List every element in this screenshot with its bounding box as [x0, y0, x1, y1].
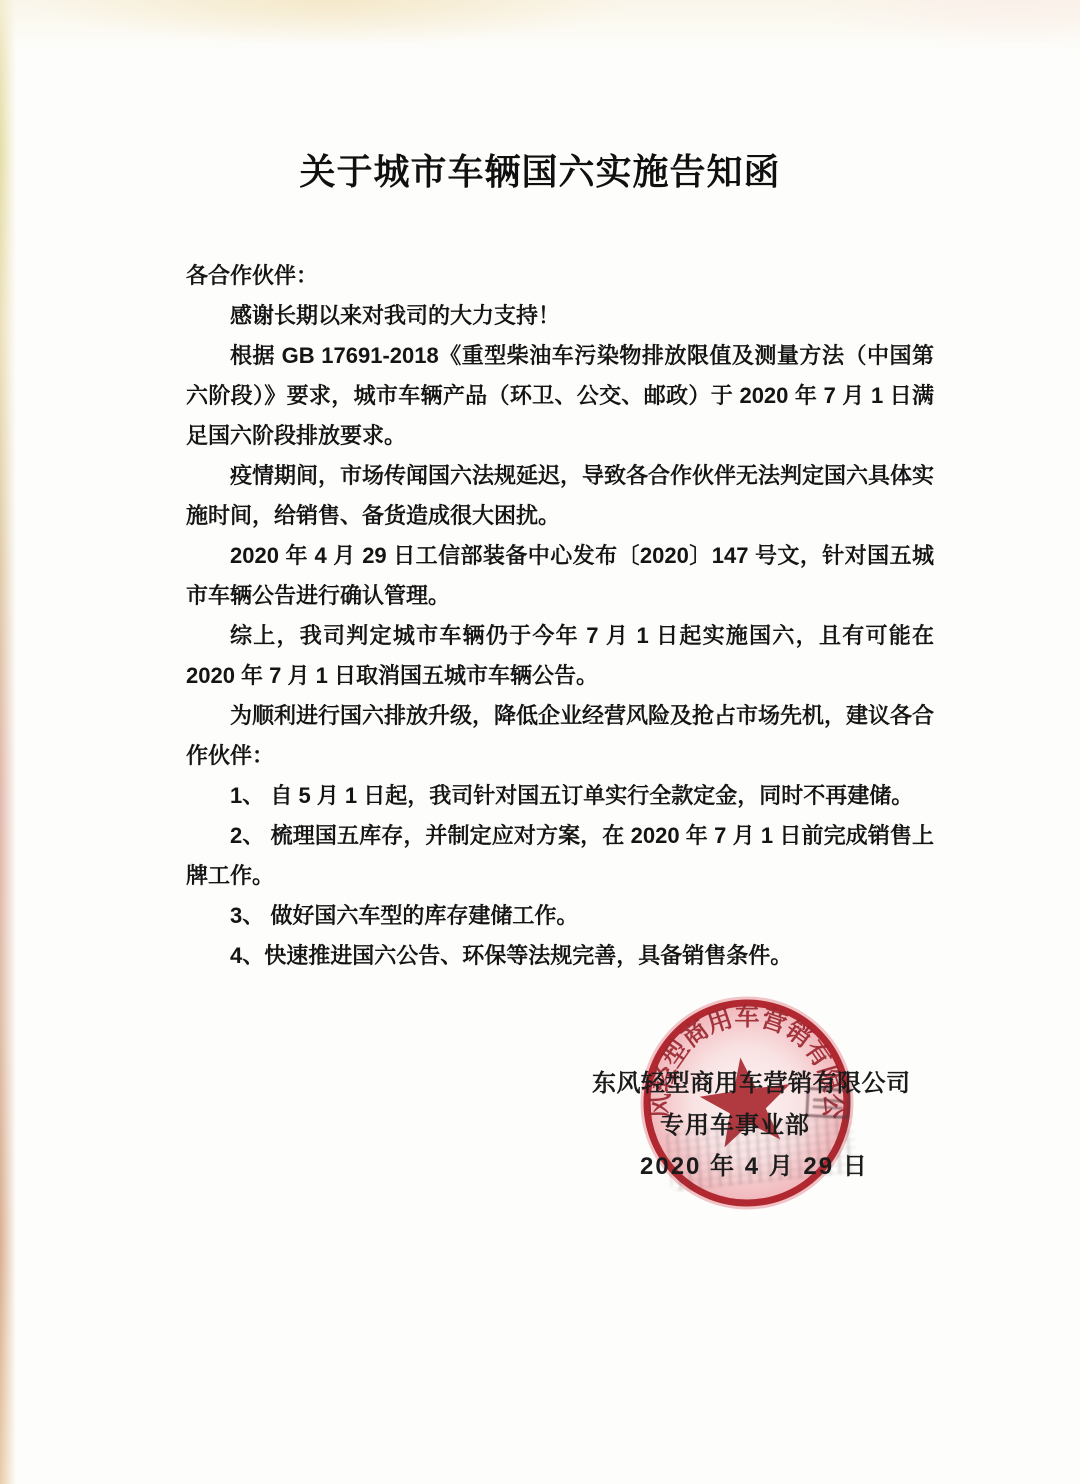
salutation: 各合作伙伴：	[186, 256, 934, 296]
paragraph-regulation: 根据 GB 17691-2018《重型柴油车污染物排放限值及测量方法（中国第六阶…	[186, 336, 934, 456]
document-body: 各合作伙伴： 感谢长期以来对我司的大力支持！ 根据 GB 17691-2018《…	[186, 256, 934, 976]
photo-left-edge-artifact	[0, 0, 16, 1484]
notice-document-page: 关于城市车辆国六实施告知函 各合作伙伴： 感谢长期以来对我司的大力支持！ 根据 …	[0, 0, 1080, 1484]
paragraph-epidemic: 疫情期间，市场传闻国六法规延迟，导致各合作伙伴无法判定国六具体实施时间，给销售、…	[186, 456, 934, 536]
signature-date: 2020 年 4 月 29 日	[640, 1146, 869, 1181]
paragraph-thanks: 感谢长期以来对我司的大力支持！	[186, 296, 934, 336]
paragraph-miit-notice: 2020 年 4 月 29 日工信部装备中心发布〔2020〕147 号文，针对国…	[186, 536, 934, 616]
list-item-2: 2、 梳理国五库存，并制定应对方案，在 2020 年 7 月 1 日前完成销售上…	[186, 816, 934, 896]
signature-company: 东风轻型商用车营销有限公司	[592, 1063, 911, 1098]
document-title: 关于城市车辆国六实施告知函	[0, 144, 1080, 195]
signature-department: 专用车事业部	[660, 1105, 810, 1140]
photo-top-edge-artifact	[0, 0, 1080, 52]
list-item-4: 4、快速推进国六公告、环保等法规完善，具备销售条件。	[186, 936, 934, 976]
paragraph-conclusion: 综上，我司判定城市车辆仍于今年 7 月 1 日起实施国六，且有可能在 2020 …	[186, 616, 934, 696]
list-item-3: 3、 做好国六车型的库存建储工作。	[186, 896, 934, 936]
paragraph-suggestion-lead: 为顺利进行国六排放升级，降低企业经营风险及抢占市场先机，建议各合作伙伴：	[186, 696, 934, 776]
list-item-1: 1、 自 5 月 1 日起，我司针对国五订单实行全款定金，同时不再建储。	[186, 776, 934, 816]
